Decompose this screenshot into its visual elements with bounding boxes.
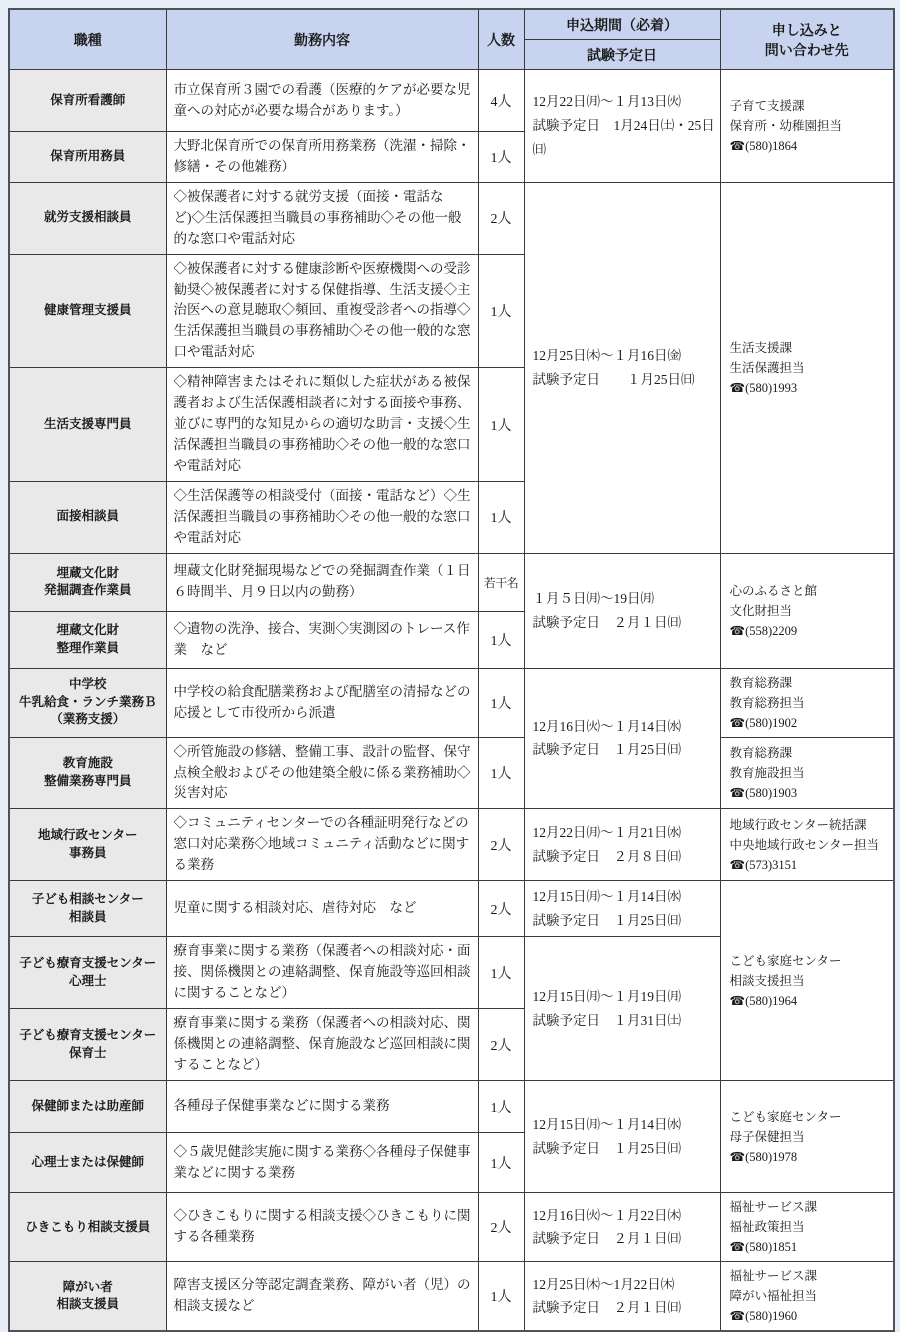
count-cell: 2人 (478, 1193, 524, 1262)
text-line: 埋蔵文化財 (12, 622, 164, 640)
count-cell: 1人 (478, 737, 524, 809)
job-title-cell: 就労支援相談員 (9, 182, 166, 254)
phone-number: ☎(580)1903 (730, 783, 890, 803)
job-title-cell: 保健師または助産師 (9, 1081, 166, 1133)
job-title-cell: 埋蔵文化財発掘調査作業員 (9, 553, 166, 611)
phone-icon: ☎ (730, 1150, 746, 1164)
table-row: 地域行政センター事務員◇コミュニティセンターでの各種証明発行などの窓口対応業務◇… (9, 809, 894, 881)
count-cell: 1人 (478, 368, 524, 482)
job-title-cell: 地域行政センター事務員 (9, 809, 166, 881)
phone-number: ☎(580)1993 (730, 378, 890, 398)
text-line: 相談員 (12, 909, 164, 927)
page-body: 職種 勤務内容 人数 申込期間（必着） 試験予定日 申し込みと 問い合わせ先 保… (0, 0, 900, 1332)
text-line: 就労支援相談員 (12, 209, 164, 227)
count-cell: 1人 (478, 481, 524, 553)
duty-cell: ◇生活保護等の相談受付（面接・電話など）◇生活保護担当職員の事務補助◇その他一般… (166, 481, 478, 553)
phone-number: ☎(580)1964 (730, 991, 890, 1011)
duty-cell: 療育事業に関する業務（保護者への相談対応・面接、関係機関との連絡調整、保育施設等… (166, 937, 478, 1009)
count-cell: 2人 (478, 881, 524, 937)
text-line: こども家庭センター (730, 951, 890, 971)
text-line: こども家庭センター (730, 1107, 890, 1127)
phone-number: ☎(580)1978 (730, 1147, 890, 1167)
text-line: 生活保護担当 (730, 358, 890, 378)
header-period-top: 申込期間（必着） (525, 10, 720, 40)
text-line: 福祉サービス課 (730, 1197, 890, 1217)
phone-icon: ☎ (730, 716, 746, 730)
count-cell: 4人 (478, 70, 524, 132)
text-line: 12月15日㈪～１月14日㈬ (533, 1113, 716, 1137)
text-line: 試験予定日 ２月１日㈰ (533, 611, 716, 635)
text-line: 12月25日㈭～１月16日㈮ (533, 344, 716, 368)
phone-icon: ☎ (730, 139, 746, 153)
text-line: 整理作業員 (12, 640, 164, 658)
text-line: 保育所・幼稚園担当 (730, 116, 890, 136)
text-line: 発掘調査作業員 (12, 582, 164, 600)
header-job: 職種 (9, 9, 166, 70)
contact-cell: 心のふるさと館文化財担当☎(558)2209 (720, 553, 894, 668)
job-title-cell: 健康管理支援員 (9, 254, 166, 368)
period-cell: 12月25日㈭～１月16日㈮試験予定日 １月25日㈰ (524, 182, 720, 553)
text-line: １月５日㈪～19日㈪ (533, 587, 716, 611)
job-title-cell: 教育施設整備業務専門員 (9, 737, 166, 809)
header-row: 職種 勤務内容 人数 申込期間（必着） 試験予定日 申し込みと 問い合わせ先 (9, 9, 894, 70)
phone-icon: ☎ (730, 381, 746, 395)
text-line: 生活支援専門員 (12, 416, 164, 434)
text-line: 地域行政センター統括課 (730, 815, 890, 835)
duty-cell: 療育事業に関する業務（保護者への相談対応、関係機関との連絡調整、保育施設など巡回… (166, 1009, 478, 1081)
text-line: 埋蔵文化財 (12, 565, 164, 583)
table-row: 埋蔵文化財発掘調査作業員埋蔵文化財発掘現場などでの発掘調査作業（１日６時間半、月… (9, 553, 894, 611)
text-line: 12月16日㈫～１月14日㈬ (533, 715, 716, 739)
text-line: 健康管理支援員 (12, 302, 164, 320)
text-line: 中央地域行政センター担当 (730, 835, 890, 855)
job-title-cell: 障がい者相談支援員 (9, 1262, 166, 1332)
text-line: 教育総務課 (730, 673, 890, 693)
text-line: 試験予定日 ２月８日㈰ (533, 845, 716, 869)
text-line: 福祉政策担当 (730, 1217, 890, 1237)
period-cell: 12月16日㈫～１月14日㈬試験予定日 １月25日㈰ (524, 668, 720, 809)
recruitment-table: 職種 勤務内容 人数 申込期間（必着） 試験予定日 申し込みと 問い合わせ先 保… (8, 8, 895, 1332)
table-row: 保健師または助産師各種母子保健事業などに関する業務1人12月15日㈪～１月14日… (9, 1081, 894, 1133)
text-line: 相談支援員 (12, 1296, 164, 1314)
text-line: 保育所用務員 (12, 148, 164, 166)
text-line: 整備業務専門員 (12, 773, 164, 791)
count-cell: 2人 (478, 182, 524, 254)
text-line: 子ども療育支援センター (12, 955, 164, 973)
count-cell: 2人 (478, 809, 524, 881)
header-contact-line2: 問い合わせ先 (723, 40, 892, 60)
text-line: 障がい者 (12, 1279, 164, 1297)
job-title-cell: 埋蔵文化財整理作業員 (9, 611, 166, 668)
text-line: 試験予定日 1月24日㈯・25日㈰ (533, 114, 716, 161)
job-title-cell: 保育所看護師 (9, 70, 166, 132)
duty-cell: 障害支援区分等認定調査業務、障がい者（児）の相談支援など (166, 1262, 478, 1332)
text-line: 試験予定日 １月25日㈰ (533, 1137, 716, 1161)
text-line: 試験予定日 １月25日㈰ (533, 738, 716, 762)
table-row: 子ども相談センター相談員児童に関する相談対応、虐待対応 など2人12月15日㈪～… (9, 881, 894, 937)
duty-cell: ◇遺物の洗浄、接合、実測◇実測図のトレース作業 など (166, 611, 478, 668)
job-title-cell: 面接相談員 (9, 481, 166, 553)
phone-number: ☎(580)1960 (730, 1306, 890, 1326)
count-cell: 1人 (478, 132, 524, 183)
contact-cell: 教育総務課教育施設担当☎(580)1903 (720, 737, 894, 809)
contact-cell: こども家庭センター母子保健担当☎(580)1978 (720, 1081, 894, 1193)
phone-icon: ☎ (730, 858, 746, 872)
count-cell: 1人 (478, 611, 524, 668)
text-line: 中学校 (12, 676, 164, 694)
text-line: 障がい福祉担当 (730, 1286, 890, 1306)
table-header: 職種 勤務内容 人数 申込期間（必着） 試験予定日 申し込みと 問い合わせ先 (9, 9, 894, 70)
table-row: 教育施設整備業務専門員◇所管施設の修繕、整備工事、設計の監督、保守点検全般および… (9, 737, 894, 809)
job-title-cell: 心理士または保健師 (9, 1133, 166, 1193)
header-duty: 勤務内容 (166, 9, 478, 70)
count-cell: 1人 (478, 1081, 524, 1133)
text-line: 12月22日㈪～１月13日㈫ (533, 90, 716, 114)
phone-icon: ☎ (730, 1240, 746, 1254)
phone-number: ☎(580)1864 (730, 136, 890, 156)
phone-number: ☎(580)1902 (730, 713, 890, 733)
period-cell: 12月25日㈭～1月22日㈭試験予定日 ２月１日㈰ (524, 1262, 720, 1332)
period-cell: 12月15日㈪～１月14日㈬試験予定日 １月25日㈰ (524, 1081, 720, 1193)
table-row: 保育所看護師市立保育所３園での看護（医療的ケアが必要な児童への対応が必要な場合が… (9, 70, 894, 132)
duty-cell: ◇所管施設の修繕、整備工事、設計の監督、保守点検全般およびその他建築全般に係る業… (166, 737, 478, 809)
text-line: 試験予定日 １月25日㈰ (533, 368, 716, 392)
text-line: 12月15日㈪～１月14日㈬ (533, 885, 716, 909)
duty-cell: ◇被保護者に対する健康診断や医療機関への受診勧奨◇被保護者に対する保健指導、生活… (166, 254, 478, 368)
text-line: 福祉サービス課 (730, 1266, 890, 1286)
text-line: 教育施設 (12, 755, 164, 773)
table-body: 保育所看護師市立保育所３園での看護（医療的ケアが必要な児童への対応が必要な場合が… (9, 70, 894, 1332)
text-line: （業務支援） (12, 711, 164, 729)
period-cell: 12月22日㈪～１月21日㈬試験予定日 ２月８日㈰ (524, 809, 720, 881)
contact-cell: 地域行政センター統括課中央地域行政センター担当☎(573)3151 (720, 809, 894, 881)
text-line: 12月25日㈭～1月22日㈭ (533, 1273, 716, 1297)
header-contact: 申し込みと 問い合わせ先 (720, 9, 894, 70)
job-title-cell: 保育所用務員 (9, 132, 166, 183)
text-line: ひきこもり相談支援員 (12, 1219, 164, 1237)
text-line: 教育総務担当 (730, 693, 890, 713)
duty-cell: 埋蔵文化財発掘現場などでの発掘調査作業（１日６時間半、月９日以内の勤務） (166, 553, 478, 611)
job-title-cell: ひきこもり相談支援員 (9, 1193, 166, 1262)
text-line: 生活支援課 (730, 338, 890, 358)
job-title-cell: 中学校牛乳給食・ランチ業務Ｂ（業務支援） (9, 668, 166, 737)
duty-cell: ◇５歳児健診実施に関する業務◇各種母子保健事業などに関する業務 (166, 1133, 478, 1193)
text-line: 子ども療育支援センター (12, 1027, 164, 1045)
count-cell: 1人 (478, 668, 524, 737)
count-cell: 若干名 (478, 553, 524, 611)
phone-number: ☎(558)2209 (730, 621, 890, 641)
contact-cell: 生活支援課生活保護担当☎(580)1993 (720, 182, 894, 553)
phone-number: ☎(580)1851 (730, 1237, 890, 1257)
contact-cell: 福祉サービス課福祉政策担当☎(580)1851 (720, 1193, 894, 1262)
text-line: 12月22日㈪～１月21日㈬ (533, 821, 716, 845)
duty-cell: 中学校の給食配膳業務および配膳室の清掃などの応援として市役所から派遣 (166, 668, 478, 737)
text-line: 心のふるさと館 (730, 581, 890, 601)
text-line: 保育士 (12, 1045, 164, 1063)
phone-icon: ☎ (730, 1309, 746, 1323)
text-line: 保健師または助産師 (12, 1098, 164, 1116)
text-line: 地域行政センター (12, 827, 164, 845)
text-line: 試験予定日 ２月１日㈰ (533, 1227, 716, 1251)
duty-cell: 市立保育所３園での看護（医療的ケアが必要な児童への対応が必要な場合があります。） (166, 70, 478, 132)
job-title-cell: 子ども相談センター相談員 (9, 881, 166, 937)
table-row: 障がい者相談支援員障害支援区分等認定調査業務、障がい者（児）の相談支援など1人1… (9, 1262, 894, 1332)
text-line: 母子保健担当 (730, 1127, 890, 1147)
count-cell: 1人 (478, 254, 524, 368)
text-line: 子育て支援課 (730, 96, 890, 116)
text-line: 教育施設担当 (730, 763, 890, 783)
period-cell: 12月15日㈪～１月14日㈬試験予定日 １月25日㈰ (524, 881, 720, 937)
duty-cell: ◇精神障害またはそれに類似した症状がある被保護者および生活保護相談者に対する面接… (166, 368, 478, 482)
text-line: 試験予定日 １月31日㈯ (533, 1009, 716, 1033)
phone-number: ☎(573)3151 (730, 855, 890, 875)
text-line: 試験予定日 １月25日㈰ (533, 909, 716, 933)
phone-icon: ☎ (730, 786, 746, 800)
table-row: ひきこもり相談支援員◇ひきこもりに関する相談支援◇ひきこもりに関する各種業務2人… (9, 1193, 894, 1262)
text-line: 保育所看護師 (12, 92, 164, 110)
duty-cell: ◇ひきこもりに関する相談支援◇ひきこもりに関する各種業務 (166, 1193, 478, 1262)
text-line: 12月16日㈫～１月22日㈭ (533, 1204, 716, 1228)
text-line: 12月15日㈪～１月19日㈪ (533, 985, 716, 1009)
period-cell: １月５日㈪～19日㈪試験予定日 ２月１日㈰ (524, 553, 720, 668)
contact-cell: 教育総務課教育総務担当☎(580)1902 (720, 668, 894, 737)
contact-cell: 子育て支援課保育所・幼稚園担当☎(580)1864 (720, 70, 894, 183)
header-period: 申込期間（必着） 試験予定日 (524, 9, 720, 70)
period-cell: 12月15日㈪～１月19日㈪試験予定日 １月31日㈯ (524, 937, 720, 1081)
job-title-cell: 生活支援専門員 (9, 368, 166, 482)
period-cell: 12月22日㈪～１月13日㈫試験予定日 1月24日㈯・25日㈰ (524, 70, 720, 183)
count-cell: 2人 (478, 1009, 524, 1081)
header-period-bottom: 試験予定日 (525, 40, 720, 69)
duty-cell: ◇被保護者に対する就労支援（面接・電話など)◇生活保護担当職員の事務補助◇その他… (166, 182, 478, 254)
text-line: 子ども相談センター (12, 891, 164, 909)
period-cell: 12月16日㈫～１月22日㈭試験予定日 ２月１日㈰ (524, 1193, 720, 1262)
duty-cell: 各種母子保健事業などに関する業務 (166, 1081, 478, 1133)
header-contact-line1: 申し込みと (723, 20, 892, 40)
text-line: 心理士 (12, 973, 164, 991)
job-title-cell: 子ども療育支援センター保育士 (9, 1009, 166, 1081)
table-row: 中学校牛乳給食・ランチ業務Ｂ（業務支援）中学校の給食配膳業務および配膳室の清掃な… (9, 668, 894, 737)
phone-icon: ☎ (730, 994, 746, 1008)
job-title-cell: 子ども療育支援センター心理士 (9, 937, 166, 1009)
text-line: 牛乳給食・ランチ業務Ｂ (12, 694, 164, 712)
text-line: 事務員 (12, 845, 164, 863)
contact-cell: こども家庭センター相談支援担当☎(580)1964 (720, 881, 894, 1081)
duty-cell: 児童に関する相談対応、虐待対応 など (166, 881, 478, 937)
duty-cell: 大野北保育所での保育所用務業務（洗濯・掃除・修繕・その他雑務） (166, 132, 478, 183)
text-line: 試験予定日 ２月１日㈰ (533, 1296, 716, 1320)
count-cell: 1人 (478, 937, 524, 1009)
count-cell: 1人 (478, 1133, 524, 1193)
phone-icon: ☎ (730, 624, 746, 638)
duty-cell: ◇コミュニティセンターでの各種証明発行などの窓口対応業務◇地域コミュニティ活動な… (166, 809, 478, 881)
text-line: 心理士または保健師 (12, 1154, 164, 1172)
table-row: 就労支援相談員◇被保護者に対する就労支援（面接・電話など)◇生活保護担当職員の事… (9, 182, 894, 254)
header-count: 人数 (478, 9, 524, 70)
count-cell: 1人 (478, 1262, 524, 1332)
contact-cell: 福祉サービス課障がい福祉担当☎(580)1960 (720, 1262, 894, 1332)
text-line: 相談支援担当 (730, 971, 890, 991)
text-line: 文化財担当 (730, 601, 890, 621)
text-line: 教育総務課 (730, 743, 890, 763)
text-line: 面接相談員 (12, 508, 164, 526)
